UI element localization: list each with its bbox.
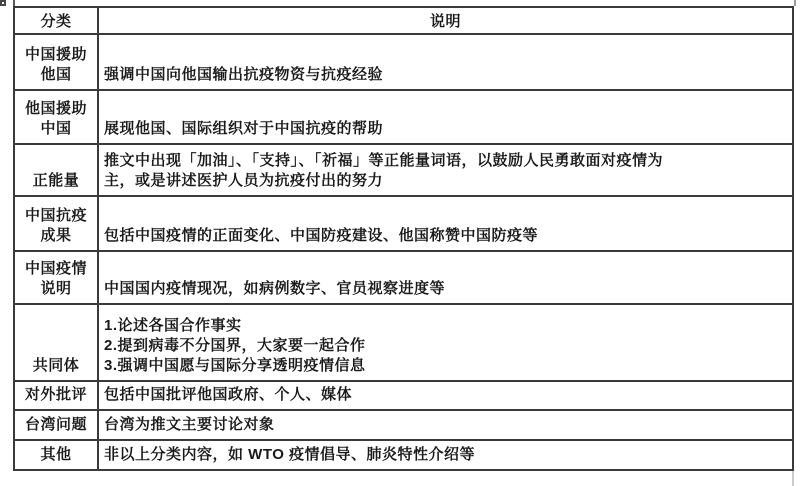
category-text: 共同体 <box>19 356 93 376</box>
category-cell: 中国援助他国 <box>14 34 98 90</box>
description-text: 展现他国、国际组织对于中国抗疫的帮助 <box>104 119 784 139</box>
category-text: 台湾问题 <box>19 415 93 435</box>
table-row: 他国援助中国展现他国、国际组织对于中国抗疫的帮助 <box>14 90 793 144</box>
classification-table: 分类 说明 中国援助他国强调中国向他国输出抗疫物资与抗疫经验他国援助中国展现他国… <box>13 6 794 471</box>
table-row: 对外批评包括中国批评他国政府、个人、媒体 <box>14 381 793 410</box>
category-text: 中国抗疫 <box>19 206 93 226</box>
description-text: 台湾为推文主要讨论对象 <box>104 415 784 435</box>
category-text: 中国疫情 <box>19 259 93 279</box>
category-cell: 共同体 <box>14 304 98 381</box>
table-row: 台湾问题台湾为推文主要讨论对象 <box>14 410 793 440</box>
description-cell: 包括中国批评他国政府、个人、媒体 <box>98 381 793 410</box>
description-text: 推文中出现「加油」、「支持」、「祈福」等正能量词语，以鼓励人民勇敢面对疫情为 <box>104 151 784 171</box>
category-text: 中国 <box>19 119 93 139</box>
category-text: 中国援助 <box>19 45 93 65</box>
category-text: 成果 <box>19 226 93 246</box>
description-cell: 包括中国疫情的正面变化、中国防疫建设、他国称赞中国防疫等 <box>98 196 793 251</box>
category-cell: 对外批评 <box>14 381 98 410</box>
category-text: 正能量 <box>19 171 93 191</box>
description-text: 非以上分类内容，如 WTO 疫情倡导、肺炎特性介绍等 <box>104 445 784 465</box>
description-cell: 推文中出现「加油」、「支持」、「祈福」等正能量词语，以鼓励人民勇敢面对疫情为主，… <box>98 144 793 196</box>
header-row: 分类 说明 <box>14 7 793 34</box>
description-text: 中国国内疫情现况，如病例数字、官员视察进度等 <box>104 279 784 299</box>
description-text: 强调中国向他国输出抗疫物资与抗疫经验 <box>104 65 784 85</box>
table-row: 其他非以上分类内容，如 WTO 疫情倡导、肺炎特性介绍等 <box>14 440 793 470</box>
description-text: 主，或是讲述医护人员为抗疫付出的努力 <box>104 171 784 191</box>
category-text: 说明 <box>19 279 93 299</box>
crop-artifact-right-border-stub <box>794 0 796 6</box>
description-text: 1.论述各国合作事实 <box>104 316 784 336</box>
document-page: 分类 说明 中国援助他国强调中国向他国输出抗疫物资与抗疫经验他国援助中国展现他国… <box>0 0 800 486</box>
table-row: 共同体1.论述各国合作事实2.提到病毒不分国界，大家要一起合作3.强调中国愿与国… <box>14 304 793 381</box>
table-row: 正能量推文中出现「加油」、「支持」、「祈福」等正能量词语，以鼓励人民勇敢面对疫情… <box>14 144 793 196</box>
header-category: 分类 <box>14 7 98 34</box>
table-row: 中国疫情说明中国国内疫情现况，如病例数字、官员视察进度等 <box>14 251 793 304</box>
category-text: 其他 <box>19 445 93 465</box>
description-text: 3.强调中国愿与国际分享透明疫情信息 <box>104 356 784 376</box>
table-row: 中国抗疫成果包括中国疫情的正面变化、中国防疫建设、他国称赞中国防疫等 <box>14 196 793 251</box>
category-cell: 他国援助中国 <box>14 90 98 144</box>
category-text: 他国 <box>19 65 93 85</box>
category-cell: 其他 <box>14 440 98 470</box>
description-cell: 非以上分类内容，如 WTO 疫情倡导、肺炎特性介绍等 <box>98 440 793 470</box>
description-cell: 台湾为推文主要讨论对象 <box>98 410 793 440</box>
description-text: 2.提到病毒不分国界，大家要一起合作 <box>104 336 784 356</box>
category-cell: 正能量 <box>14 144 98 196</box>
category-text: 对外批评 <box>19 385 93 405</box>
crop-artifact-bottom-right-line <box>792 469 794 486</box>
description-cell: 展现他国、国际组织对于中国抗疫的帮助 <box>98 90 793 144</box>
description-cell: 中国国内疫情现况，如病例数字、官员视察进度等 <box>98 251 793 304</box>
table-body: 中国援助他国强调中国向他国输出抗疫物资与抗疫经验他国援助中国展现他国、国际组织对… <box>14 34 793 470</box>
description-cell: 1.论述各国合作事实2.提到病毒不分国界，大家要一起合作3.强调中国愿与国际分享… <box>98 304 793 381</box>
category-text: 他国援助 <box>19 99 93 119</box>
description-text: 包括中国批评他国政府、个人、媒体 <box>104 385 784 405</box>
table-row: 中国援助他国强调中国向他国输出抗疫物资与抗疫经验 <box>14 34 793 90</box>
description-cell: 强调中国向他国输出抗疫物资与抗疫经验 <box>98 34 793 90</box>
category-cell: 中国抗疫成果 <box>14 196 98 251</box>
header-description: 说明 <box>98 7 793 34</box>
category-cell: 台湾问题 <box>14 410 98 440</box>
crop-artifact-square <box>0 0 6 6</box>
category-cell: 中国疫情说明 <box>14 251 98 304</box>
description-text: 包括中国疫情的正面变化、中国防疫建设、他国称赞中国防疫等 <box>104 226 784 246</box>
